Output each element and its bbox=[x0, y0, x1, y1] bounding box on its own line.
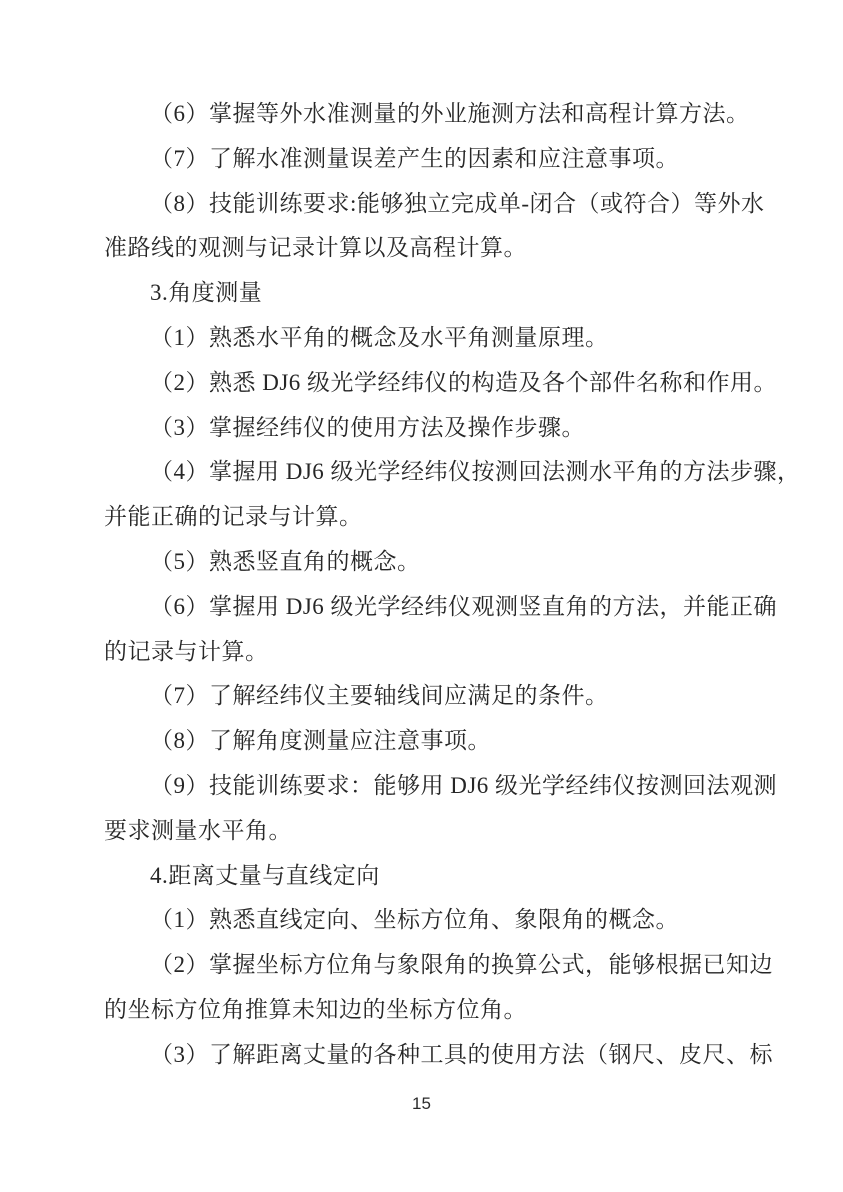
text-line: （1）熟悉水平角的概念及水平角测量原理。 bbox=[104, 316, 744, 361]
text-line: 准路线的观测与记录计算以及高程计算。 bbox=[104, 226, 744, 271]
text-line: （2）掌握坐标方位角与象限角的换算公式，能够根据已知边 bbox=[104, 943, 744, 988]
text-line: （6）掌握用 DJ6 级光学经纬仪观测竖直角的方法，并能正确 bbox=[104, 585, 744, 630]
document-body: （6）掌握等外水准测量的外业施测方法和高程计算方法。（7）了解水准测量误差产生的… bbox=[104, 92, 744, 1078]
text-line: （4）掌握用 DJ6 级光学经纬仪按测回法测水平角的方法步骤， bbox=[104, 450, 744, 495]
text-line: （8）技能训练要求:能够独立完成单-闭合（或符合）等外水 bbox=[104, 182, 744, 227]
text-line: （6）掌握等外水准测量的外业施测方法和高程计算方法。 bbox=[104, 92, 744, 137]
text-line: 的记录与计算。 bbox=[104, 630, 744, 675]
text-line: 的坐标方位角推算未知边的坐标方位角。 bbox=[104, 988, 744, 1033]
text-line: （9）技能训练要求：能够用 DJ6 级光学经纬仪按测回法观测 bbox=[104, 764, 744, 809]
text-line: （2）熟悉 DJ6 级光学经纬仪的构造及各个部件名称和作用。 bbox=[104, 361, 744, 406]
text-line: 4.距离丈量与直线定向 bbox=[104, 854, 744, 899]
text-line: （7）了解经纬仪主要轴线间应满足的条件。 bbox=[104, 674, 744, 719]
text-line: 3.角度测量 bbox=[104, 271, 744, 316]
page-number: 15 bbox=[0, 1094, 843, 1114]
document-page: （6）掌握等外水准测量的外业施测方法和高程计算方法。（7）了解水准测量误差产生的… bbox=[0, 0, 843, 1192]
text-line: 并能正确的记录与计算。 bbox=[104, 495, 744, 540]
text-line: （8）了解角度测量应注意事项。 bbox=[104, 719, 744, 764]
text-line: （5）熟悉竖直角的概念。 bbox=[104, 540, 744, 585]
text-line: （1）熟悉直线定向、坐标方位角、象限角的概念。 bbox=[104, 898, 744, 943]
text-line: （7）了解水准测量误差产生的因素和应注意事项。 bbox=[104, 137, 744, 182]
text-line: 要求测量水平角。 bbox=[104, 809, 744, 854]
text-line: （3）了解距离丈量的各种工具的使用方法（钢尺、皮尺、标 bbox=[104, 1033, 744, 1078]
text-line: （3）掌握经纬仪的使用方法及操作步骤。 bbox=[104, 406, 744, 451]
